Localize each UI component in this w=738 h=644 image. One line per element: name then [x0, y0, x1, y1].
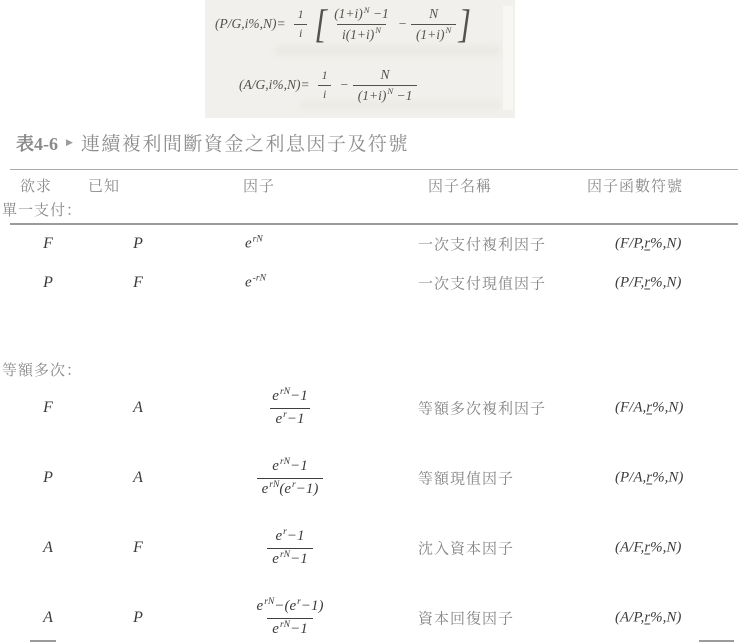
close-bracket: ]: [459, 8, 471, 40]
cell-factor: erN: [245, 236, 263, 253]
cell-given: P: [112, 235, 164, 253]
table-row: F A erN−1er−1 等額多次複利因子 (F/A,r%,N): [0, 383, 738, 433]
table-caption: 表4-6 ▶ 連續複利間斷資金之利息因子及符號: [16, 129, 409, 156]
cell-factor: erN−(er−1)erN−1: [200, 597, 380, 639]
cell-factor-name: 資本回復因子: [418, 608, 514, 629]
book-page: (P/G,i%,N)= 1 i [ (1+i)N −1 i(1+i)N − N …: [0, 0, 738, 644]
cell-factor: er−1erN−1: [200, 527, 380, 569]
cell-given: P: [112, 609, 164, 627]
page-bleed-through: [503, 6, 513, 110]
header-top-rule: [10, 169, 738, 170]
cell-factor: erN−1er−1: [200, 387, 380, 429]
fraction: N (1+i)N −1: [353, 66, 418, 104]
scanned-formula-image: (P/G,i%,N)= 1 i [ (1+i)N −1 i(1+i)N − N …: [205, 0, 515, 118]
cell-factor-symbol: (P/A,r%,N): [615, 470, 683, 487]
column-header-factor: 因子: [243, 175, 275, 196]
open-bracket: [: [314, 8, 326, 40]
cell-given: A: [112, 469, 164, 487]
table-bottom-fragment-left: [30, 640, 56, 642]
column-header-factor-name: 因子名稱: [428, 175, 492, 196]
column-header-factor-symbol: 因子函數符號: [587, 175, 683, 196]
cell-factor-symbol: (A/P,r%,N): [615, 610, 681, 627]
cell-want: P: [22, 469, 74, 487]
cell-factor-symbol: (A/F,r%,N): [615, 540, 681, 557]
caption-label: 表4-6: [16, 130, 58, 156]
cell-factor-name: 一次支付現值因子: [418, 273, 546, 294]
cell-factor-name: 一次支付複利因子: [418, 234, 546, 255]
cell-factor-symbol: (F/A,r%,N): [615, 400, 683, 417]
cell-factor-name: 等額現值因子: [418, 468, 514, 489]
table-bottom-fragment-right: [699, 640, 734, 642]
cell-given: F: [112, 274, 164, 292]
cell-given: F: [112, 539, 164, 557]
table-row: A F er−1erN−1 沈入資本因子 (A/F,r%,N): [0, 523, 738, 573]
caption-title: 連續複利間斷資金之利息因子及符號: [81, 129, 409, 156]
table-row: A P erN−(er−1)erN−1 資本回復因子 (A/P,r%,N): [0, 591, 738, 644]
minus-operator: −: [340, 77, 349, 93]
formula-ag: (A/G,i%,N)= 1 i − N (1+i)N −1: [239, 66, 417, 104]
cell-want: F: [22, 235, 74, 253]
cell-factor-name: 等額多次複利因子: [418, 398, 546, 419]
formula-lhs: (P/G,i%,N)=: [215, 16, 286, 32]
cell-factor: erN−1erN(er−1): [200, 457, 380, 499]
section-rule: [10, 223, 738, 225]
fraction: (1+i)N −1 i(1+i)N: [329, 5, 394, 43]
cell-want: A: [22, 609, 74, 627]
fraction: N (1+i)N: [411, 5, 456, 43]
cell-want: P: [22, 274, 74, 292]
section-label-equal-payment: 等額多次：: [2, 359, 82, 380]
formula-pg: (P/G,i%,N)= 1 i [ (1+i)N −1 i(1+i)N − N …: [215, 5, 474, 43]
caption-arrow-icon: ▶: [66, 137, 73, 148]
cell-want: A: [22, 539, 74, 557]
fraction: erN−(er−1)erN−1: [252, 597, 329, 639]
table-row: P F e-rN 一次支付現值因子 (P/F,r%,N): [0, 270, 738, 296]
fraction: 1 i: [293, 7, 309, 41]
formula-lhs: (A/G,i%,N)=: [239, 77, 310, 93]
cell-given: A: [112, 399, 164, 417]
cell-want: F: [22, 399, 74, 417]
column-header-want: 欲求: [20, 175, 52, 196]
fraction: erN−1erN(er−1): [257, 457, 324, 499]
cell-factor-name: 沈入資本因子: [418, 538, 514, 559]
cell-factor: e-rN: [245, 275, 266, 292]
fraction: er−1erN−1: [267, 527, 312, 569]
page-bleed-through: [275, 46, 500, 55]
table-row: P A erN−1erN(er−1) 等額現值因子 (P/A,r%,N): [0, 451, 738, 505]
column-header-given: 已知: [88, 175, 120, 196]
fraction: erN−1er−1: [267, 387, 312, 429]
cell-factor-symbol: (F/P,r%,N): [615, 236, 681, 253]
cell-factor-symbol: (P/F,r%,N): [615, 275, 681, 292]
minus-operator: −: [398, 16, 407, 32]
fraction: 1 i: [317, 68, 333, 102]
section-label-single-payment: 單一支付：: [2, 199, 82, 220]
table-row: F P erN 一次支付複利因子 (F/P,r%,N): [0, 231, 738, 257]
